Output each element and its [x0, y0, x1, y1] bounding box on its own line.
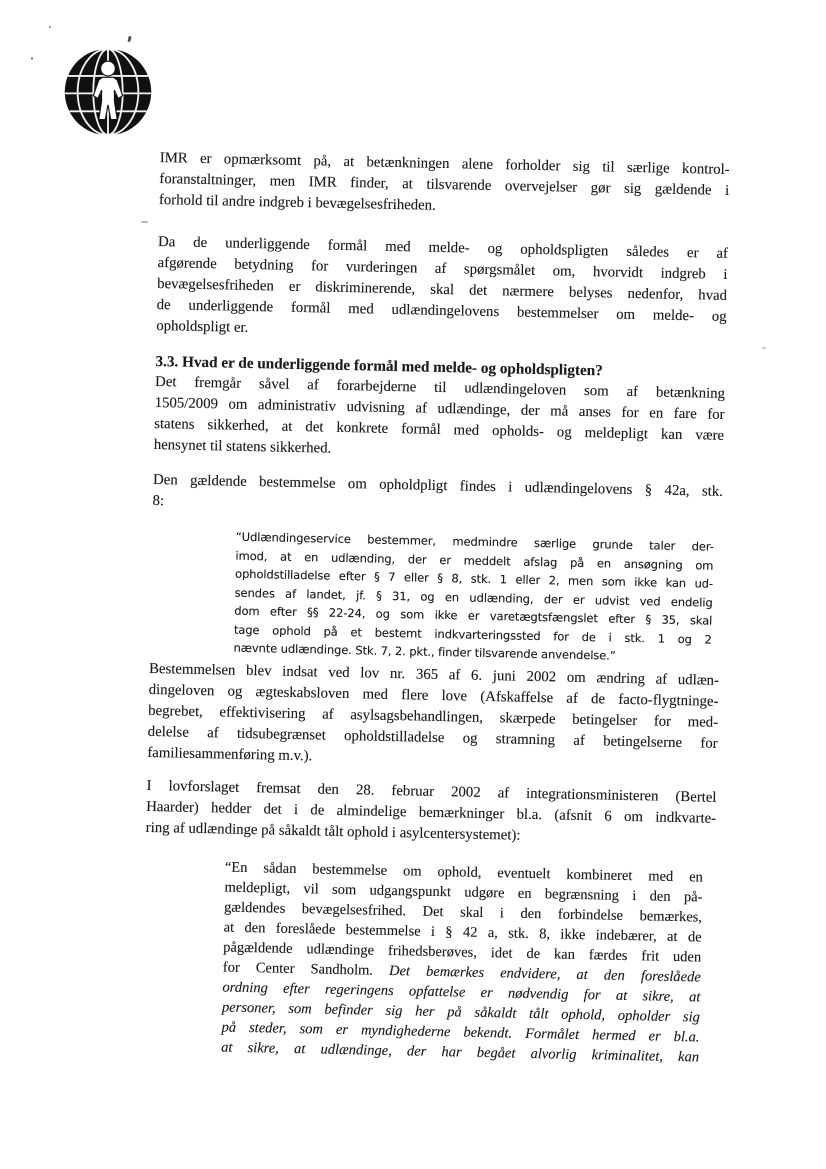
scan-speck: [31, 57, 33, 60]
document-content: IMR er opmærksomt på, at betænkningen al…: [160, 148, 730, 160]
paragraph-lovforslag: I lovforslaget fremsat den 28. februar 2…: [146, 776, 717, 851]
scanned-document-page: IMR er opmærksomt på, at betænkningen al…: [0, 0, 826, 1169]
paragraph-forarbejder: Det fremgår såvel af forarbejderne til u…: [154, 372, 726, 468]
scan-speck: [127, 36, 131, 43]
scan-speck: [49, 26, 51, 28]
paragraph-lov-365: Bestemmelsen blev indsat ved lov nr. 365…: [147, 659, 719, 776]
scan-speck: [762, 347, 766, 349]
paragraph-underlying-purpose: Da de underliggende formål med melde- og…: [156, 232, 728, 349]
scan-speck: [141, 221, 148, 223]
globe-person-logo: [62, 46, 154, 138]
blockquote-law-42a: “Udlændingeservice bestemmer, medmindre …: [233, 528, 714, 667]
paragraph-intro-42a: Den gældende bestemmelse om opholdpligt …: [152, 470, 723, 524]
blockquote-bemaerkninger: “En sådan bestemmelse om ophold, eventue…: [221, 858, 703, 1068]
paragraph-imr-remark: IMR er opmærksomt på, at betænkningen al…: [159, 148, 730, 223]
